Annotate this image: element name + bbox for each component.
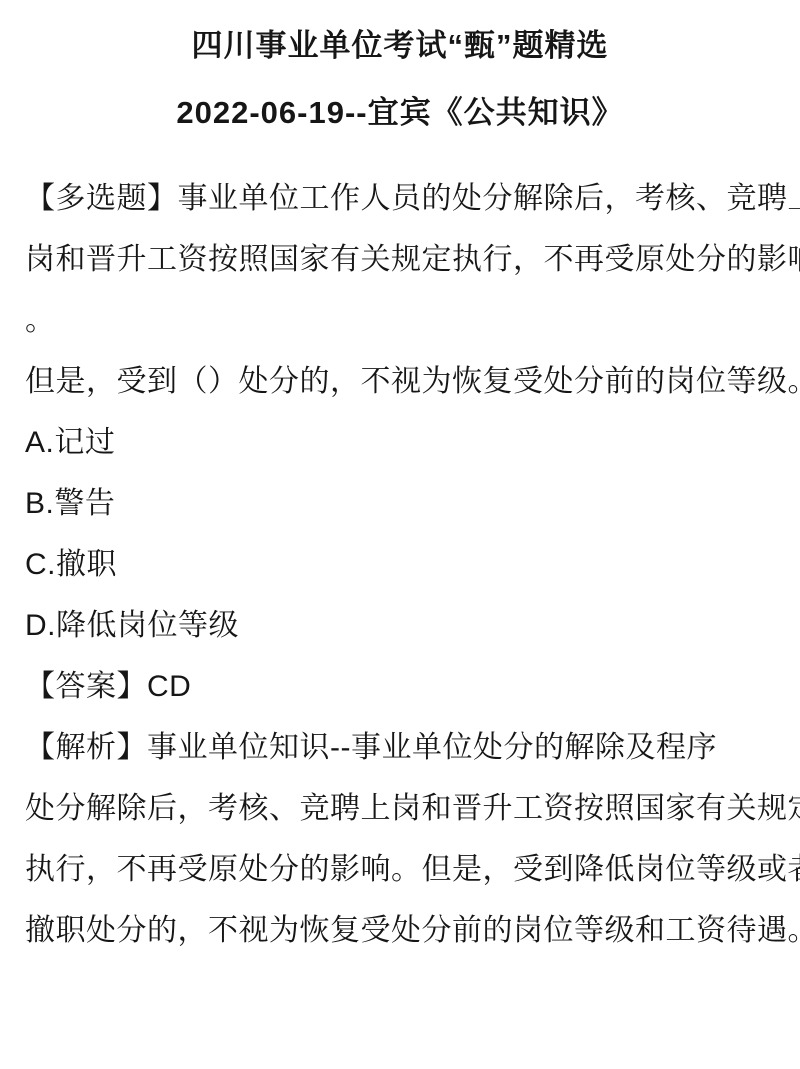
question-stem-line: 但是，受到（）处分的，不视为恢复受处分前的岗位等级。 xyxy=(25,351,775,412)
option-b: B.警告 xyxy=(25,473,775,534)
option-d: D.降低岗位等级 xyxy=(25,595,775,656)
question-stem-line: 【多选题】事业单位工作人员的处分解除后，考核、竞聘上 xyxy=(25,168,775,229)
option-a: A.记过 xyxy=(25,412,775,473)
question-stem-line: 。 xyxy=(25,290,775,351)
analysis-line: 执行，不再受原处分的影响。但是，受到降低岗位等级或者 xyxy=(25,839,775,900)
analysis-line: 【解析】事业单位知识--事业单位处分的解除及程序 xyxy=(25,717,775,778)
page-subtitle: 2022-06-19--宜宾《公共知识》 xyxy=(0,79,800,146)
analysis-line: 处分解除后，考核、竞聘上岗和晋升工资按照国家有关规定 xyxy=(25,778,775,839)
question-body: 【多选题】事业单位工作人员的处分解除后，考核、竞聘上 岗和晋升工资按照国家有关规… xyxy=(0,168,800,961)
option-c: C.撤职 xyxy=(25,534,775,595)
exam-question-page: 四川事业单位考试“甄”题精选 2022-06-19--宜宾《公共知识》 【多选题… xyxy=(0,0,800,1069)
page-title: 四川事业单位考试“甄”题精选 xyxy=(0,12,800,79)
question-stem-line: 岗和晋升工资按照国家有关规定执行，不再受原处分的影响 xyxy=(25,229,775,290)
analysis-line: 撤职处分的，不视为恢复受处分前的岗位等级和工资待遇。 xyxy=(25,900,775,961)
answer-line: 【答案】CD xyxy=(25,656,775,717)
